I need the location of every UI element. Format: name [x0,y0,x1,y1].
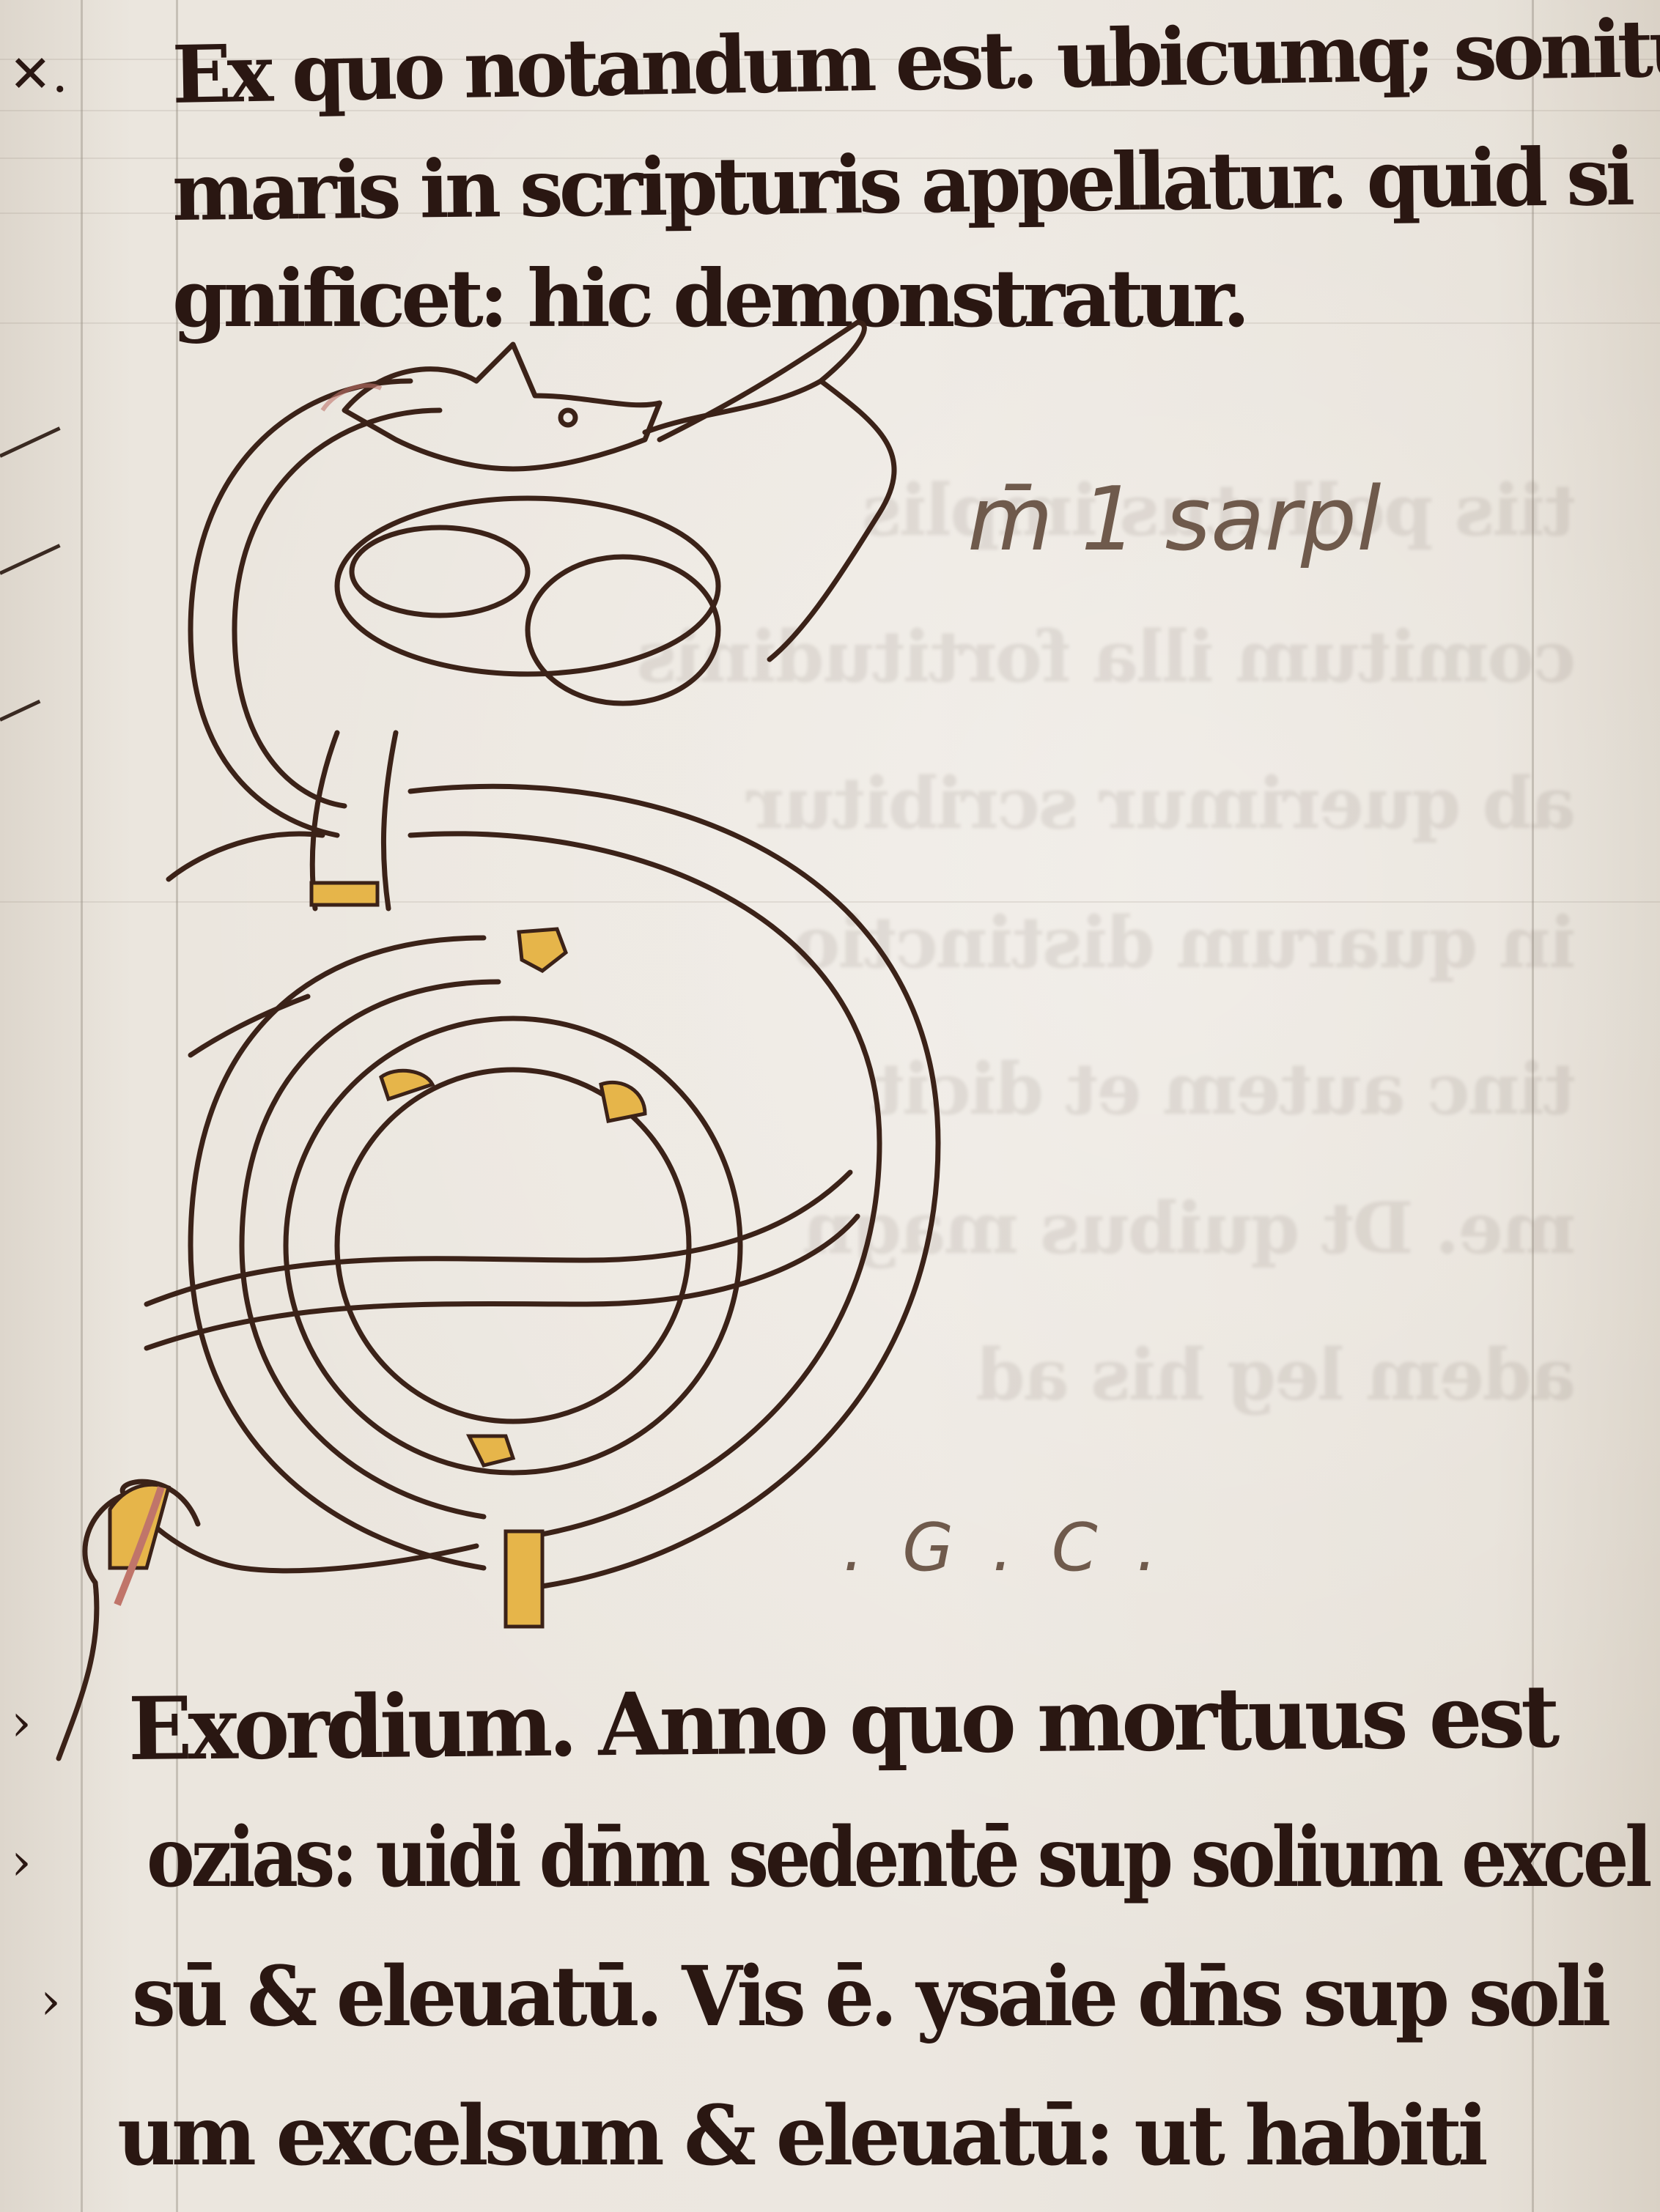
manuscript-page: tiis pollutus implis comitum illa fortit… [0,0,1660,2212]
dragon-head-icon [344,344,660,469]
gold-accent [519,929,566,971]
leaf-icon [337,498,718,674]
text-line: sū & eleuatū. Vis ē. ysaie dn̄s sup soli [132,1949,1607,2045]
text-line: Exordium. Anno quo mortuus est [128,1665,1556,1780]
text-line: um excelsum & eleuatū: ut habiti [117,2088,1484,2184]
gold-band [506,1531,542,1627]
s-coil-inner [286,1018,740,1473]
dragon-body [191,381,410,835]
gold-accent [601,1082,645,1121]
red-accent [322,385,381,410]
gold-band [311,883,377,905]
text-line: ozias: uidi dn̄m sedentē sup solium exce… [147,1810,1648,1906]
leaf-icon [352,528,528,615]
dragon-eye-icon [561,410,575,425]
gold-accent [469,1436,513,1465]
